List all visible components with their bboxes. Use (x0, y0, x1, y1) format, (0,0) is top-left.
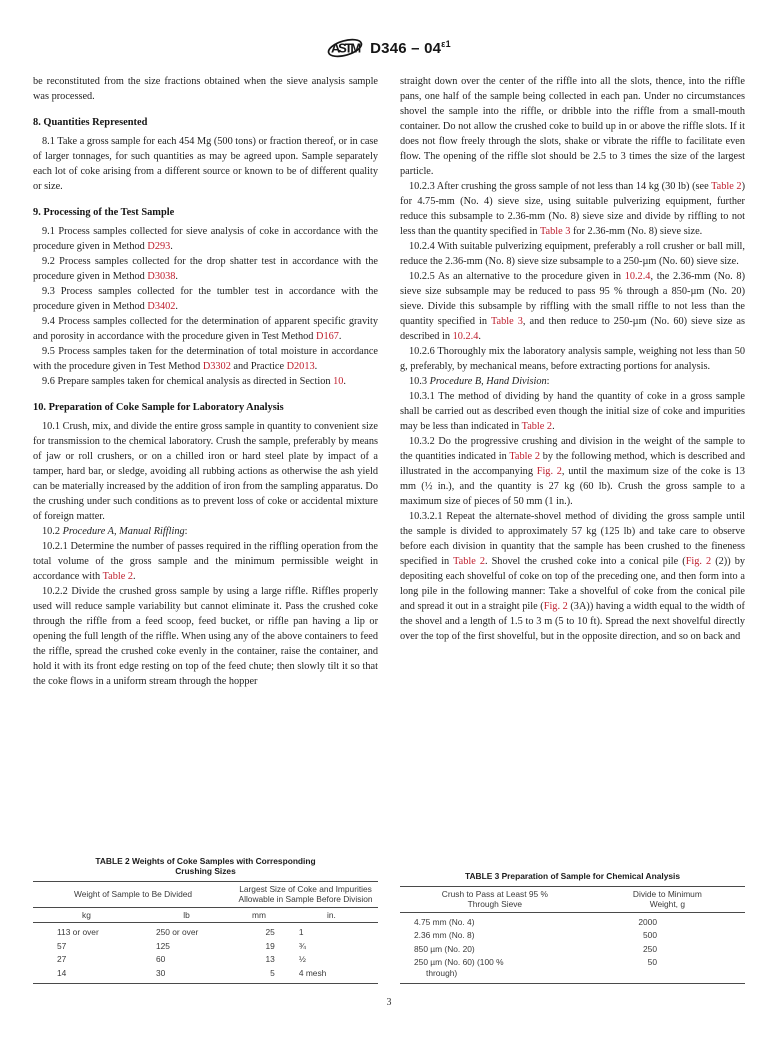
text-run: 10.2.6 Thoroughly mix the laboratory ana… (400, 346, 745, 372)
two-column-body: be reconstituted from the size fractions… (0, 74, 778, 984)
astm-logo-text: ASTM (331, 41, 360, 56)
table2-column-header: lb (140, 907, 233, 923)
table-cell: ½ (285, 953, 378, 967)
table-cell: 500 (590, 929, 745, 943)
table-cell: 113 or over (33, 923, 140, 940)
paragraph: 10.2.6 Thoroughly mix the laboratory ana… (400, 344, 745, 374)
table2-column-header: mm (233, 907, 285, 923)
table2-group-header: Weight of Sample to Be Divided (33, 881, 233, 907)
paragraph: be reconstituted from the size fractions… (33, 74, 378, 104)
doc-reference-link[interactable]: Table 2 (509, 451, 540, 462)
text-run: . Shovel the crushed coke into a conical… (485, 556, 686, 567)
table2-column-header: in. (285, 907, 378, 923)
table-cell: 5 (233, 966, 285, 984)
text-run: 8.1 Take a gross sample for each 454 Mg … (33, 136, 378, 192)
doc-reference-link[interactable]: Fig. 2 (537, 466, 562, 477)
section-heading: 9. Processing of the Test Sample (33, 205, 378, 220)
table3-section: TABLE 3 Preparation of Sample for Chemic… (400, 871, 745, 984)
table2-section: TABLE 2 Weights of Coke Samples with Cor… (33, 856, 378, 985)
paragraph: 10.2.2 Divide the crushed gross sample b… (33, 584, 378, 689)
table-cell: 850 µm (No. 20) (400, 942, 590, 956)
table-cell: 250 µm (No. 60) (100 % through) (400, 956, 590, 984)
text-run: . (170, 241, 173, 252)
doc-reference-link[interactable]: D293 (147, 241, 170, 252)
astm-logo: ASTM (327, 34, 363, 62)
paragraph: 9.6 Prepare samples taken for chemical a… (33, 374, 378, 389)
text-run: 10.3.1 The method of dividing by hand th… (400, 391, 745, 432)
doc-reference-link[interactable]: Fig. 2 (544, 601, 568, 612)
text-run: 10.2.1 Determine the number of passes re… (33, 541, 378, 582)
table-cell: 2.36 mm (No. 8) (400, 929, 590, 943)
italic-text: Procedure B, Hand Division (430, 376, 547, 387)
table-cell: 1 (285, 923, 378, 940)
text-run: 9.2 Process samples collected for the dr… (33, 256, 378, 282)
paragraph: straight down over the center of the rif… (400, 74, 745, 179)
table-cell: 13 (233, 953, 285, 967)
paragraph: 10.3.1 The method of dividing by hand th… (400, 389, 745, 434)
table-row: 143054 mesh (33, 966, 378, 984)
text-run: 10.3 (409, 376, 430, 387)
column-left: be reconstituted from the size fractions… (33, 74, 378, 984)
text-run: and Practice (231, 361, 287, 372)
doc-reference-link[interactable]: Table 3 (540, 226, 570, 237)
paragraph: 9.5 Process samples taken for the determ… (33, 344, 378, 374)
doc-reference-link[interactable]: Table 3 (491, 316, 523, 327)
table-cell: 25 (233, 923, 285, 940)
table-cell: 2000 (590, 912, 745, 929)
paragraph: 9.4 Process samples collected for the de… (33, 314, 378, 344)
doc-reference-link[interactable]: D3302 (203, 361, 231, 372)
table-cell: 125 (140, 939, 233, 953)
table-cell: 50 (590, 956, 745, 984)
table-cell: 4 mesh (285, 966, 378, 984)
table-cell: 27 (33, 953, 140, 967)
paragraph: 9.2 Process samples collected for the dr… (33, 254, 378, 284)
text-run: : (547, 376, 550, 387)
text-run: . (552, 421, 555, 432)
paragraph: 10.1 Crush, mix, and divide the entire g… (33, 419, 378, 524)
text-run: 9.3 Process samples collected for the tu… (33, 286, 378, 312)
text-run: 10.1 Crush, mix, and divide the entire g… (33, 421, 378, 522)
table3-head: Crush to Pass at Least 95 % Through Siev… (400, 886, 745, 912)
doc-reference-link[interactable]: 10 (333, 376, 343, 387)
table3-title: TABLE 3 Preparation of Sample for Chemic… (400, 871, 745, 882)
table-cell: 250 or over (140, 923, 233, 940)
text-run: 9.1 Process samples collected for sieve … (33, 226, 378, 252)
table2: Weight of Sample to Be DividedLargest Si… (33, 881, 378, 985)
doc-reference-link[interactable]: D3402 (147, 301, 175, 312)
table-cell: 4.75 mm (No. 4) (400, 912, 590, 929)
text-run: . (133, 571, 136, 582)
text-run: 10.2.4 With suitable pulverizing equipme… (400, 241, 745, 267)
text-run: . (315, 361, 318, 372)
table2-body: 113 or over250 or over2515712519¾276013½… (33, 923, 378, 984)
table-row: 5712519¾ (33, 939, 378, 953)
doc-reference-link[interactable]: Fig. 2 (686, 556, 712, 567)
table-cell: 60 (140, 953, 233, 967)
paragraph: 8.1 Take a gross sample for each 454 Mg … (33, 134, 378, 194)
paragraph: 10.3 Procedure B, Hand Division: (400, 374, 745, 389)
text-run: 10.2.5 As an alternative to the procedur… (409, 271, 625, 282)
table-cell: 14 (33, 966, 140, 984)
text-run: 10.2.3 After crushing the gross sample o… (409, 181, 711, 192)
paragraph: 10.3.2 Do the progressive crushing and d… (400, 434, 745, 509)
paragraph: 10.2.3 After crushing the gross sample o… (400, 179, 745, 239)
italic-text: Procedure A, Manual Riffling (63, 526, 185, 537)
document-title-superscript: ε1 (441, 39, 451, 49)
table2-title: TABLE 2 Weights of Coke Samples with Cor… (85, 856, 327, 877)
paragraph: 10.3.2.1 Repeat the alternate-shovel met… (400, 509, 745, 644)
table2-group-header: Largest Size of Coke and Impurities Allo… (233, 881, 378, 907)
text-run: 9.6 Prepare samples taken for chemical a… (42, 376, 333, 387)
text-run: : (185, 526, 188, 537)
table2-column-header: kg (33, 907, 140, 923)
table-row: 276013½ (33, 953, 378, 967)
doc-reference-link[interactable]: D2013 (287, 361, 315, 372)
text-run: . (343, 376, 346, 387)
page-header: ASTM D346 – 04ε1 (0, 34, 778, 62)
doc-reference-link[interactable]: Table 2 (522, 421, 552, 432)
text-run: straight down over the center of the rif… (400, 76, 745, 177)
table-row: 250 µm (No. 60) (100 % through)50 (400, 956, 745, 984)
table-row: 850 µm (No. 20)250 (400, 942, 745, 956)
text-run: . (175, 271, 178, 282)
table-cell: 30 (140, 966, 233, 984)
table2-head: Weight of Sample to Be DividedLargest Si… (33, 881, 378, 923)
paragraph: 10.2 Procedure A, Manual Riffling: (33, 524, 378, 539)
doc-reference-link[interactable]: 10.2.4 (453, 331, 479, 342)
doc-reference-link[interactable]: Table 2 (103, 571, 133, 582)
table-row: 113 or over250 or over251 (33, 923, 378, 940)
doc-reference-link[interactable]: 10.2.4 (625, 271, 651, 282)
text-run: for 2.36-mm (No. 8) sieve size. (570, 226, 702, 237)
page-number: 3 (0, 997, 778, 1008)
doc-reference-link[interactable]: Table 2 (453, 556, 485, 567)
doc-reference-link[interactable]: D167 (316, 331, 339, 342)
table-cell: 250 (590, 942, 745, 956)
table-row: 4.75 mm (No. 4)2000 (400, 912, 745, 929)
paragraph: 10.2.4 With suitable pulverizing equipme… (400, 239, 745, 269)
text-run: . (175, 301, 178, 312)
text-run: 10.2 (42, 526, 63, 537)
paragraph: 10.2.5 As an alternative to the procedur… (400, 269, 745, 344)
document-page: ASTM D346 – 04ε1 be reconstituted from t… (0, 0, 778, 1041)
table3-body: 4.75 mm (No. 4)20002.36 mm (No. 8)500850… (400, 912, 745, 984)
paragraph: 10.2.1 Determine the number of passes re… (33, 539, 378, 584)
document-title: D346 – 04ε1 (370, 39, 451, 57)
text-run: 10.2.2 Divide the crushed gross sample b… (33, 586, 378, 687)
table3: Crush to Pass at Least 95 % Through Siev… (400, 886, 745, 985)
table-cell: 57 (33, 939, 140, 953)
text-run: . (339, 331, 342, 342)
table-cell: 19 (233, 939, 285, 953)
table3-column-header: Crush to Pass at Least 95 % Through Siev… (400, 886, 590, 912)
section-heading: 8. Quantities Represented (33, 115, 378, 130)
text-run: be reconstituted from the size fractions… (33, 76, 378, 102)
section-heading: 10. Preparation of Coke Sample for Labor… (33, 400, 378, 415)
table-cell: ¾ (285, 939, 378, 953)
doc-reference-link[interactable]: Table 2 (711, 181, 741, 192)
column-right: straight down over the center of the rif… (400, 74, 745, 984)
doc-reference-link[interactable]: D3038 (147, 271, 175, 282)
document-code: D346 – 04 (370, 40, 441, 57)
table-row: 2.36 mm (No. 8)500 (400, 929, 745, 943)
paragraph: 9.1 Process samples collected for sieve … (33, 224, 378, 254)
text-run: . (478, 331, 481, 342)
table3-column-header: Divide to Minimum Weight, g (590, 886, 745, 912)
paragraph: 9.3 Process samples collected for the tu… (33, 284, 378, 314)
